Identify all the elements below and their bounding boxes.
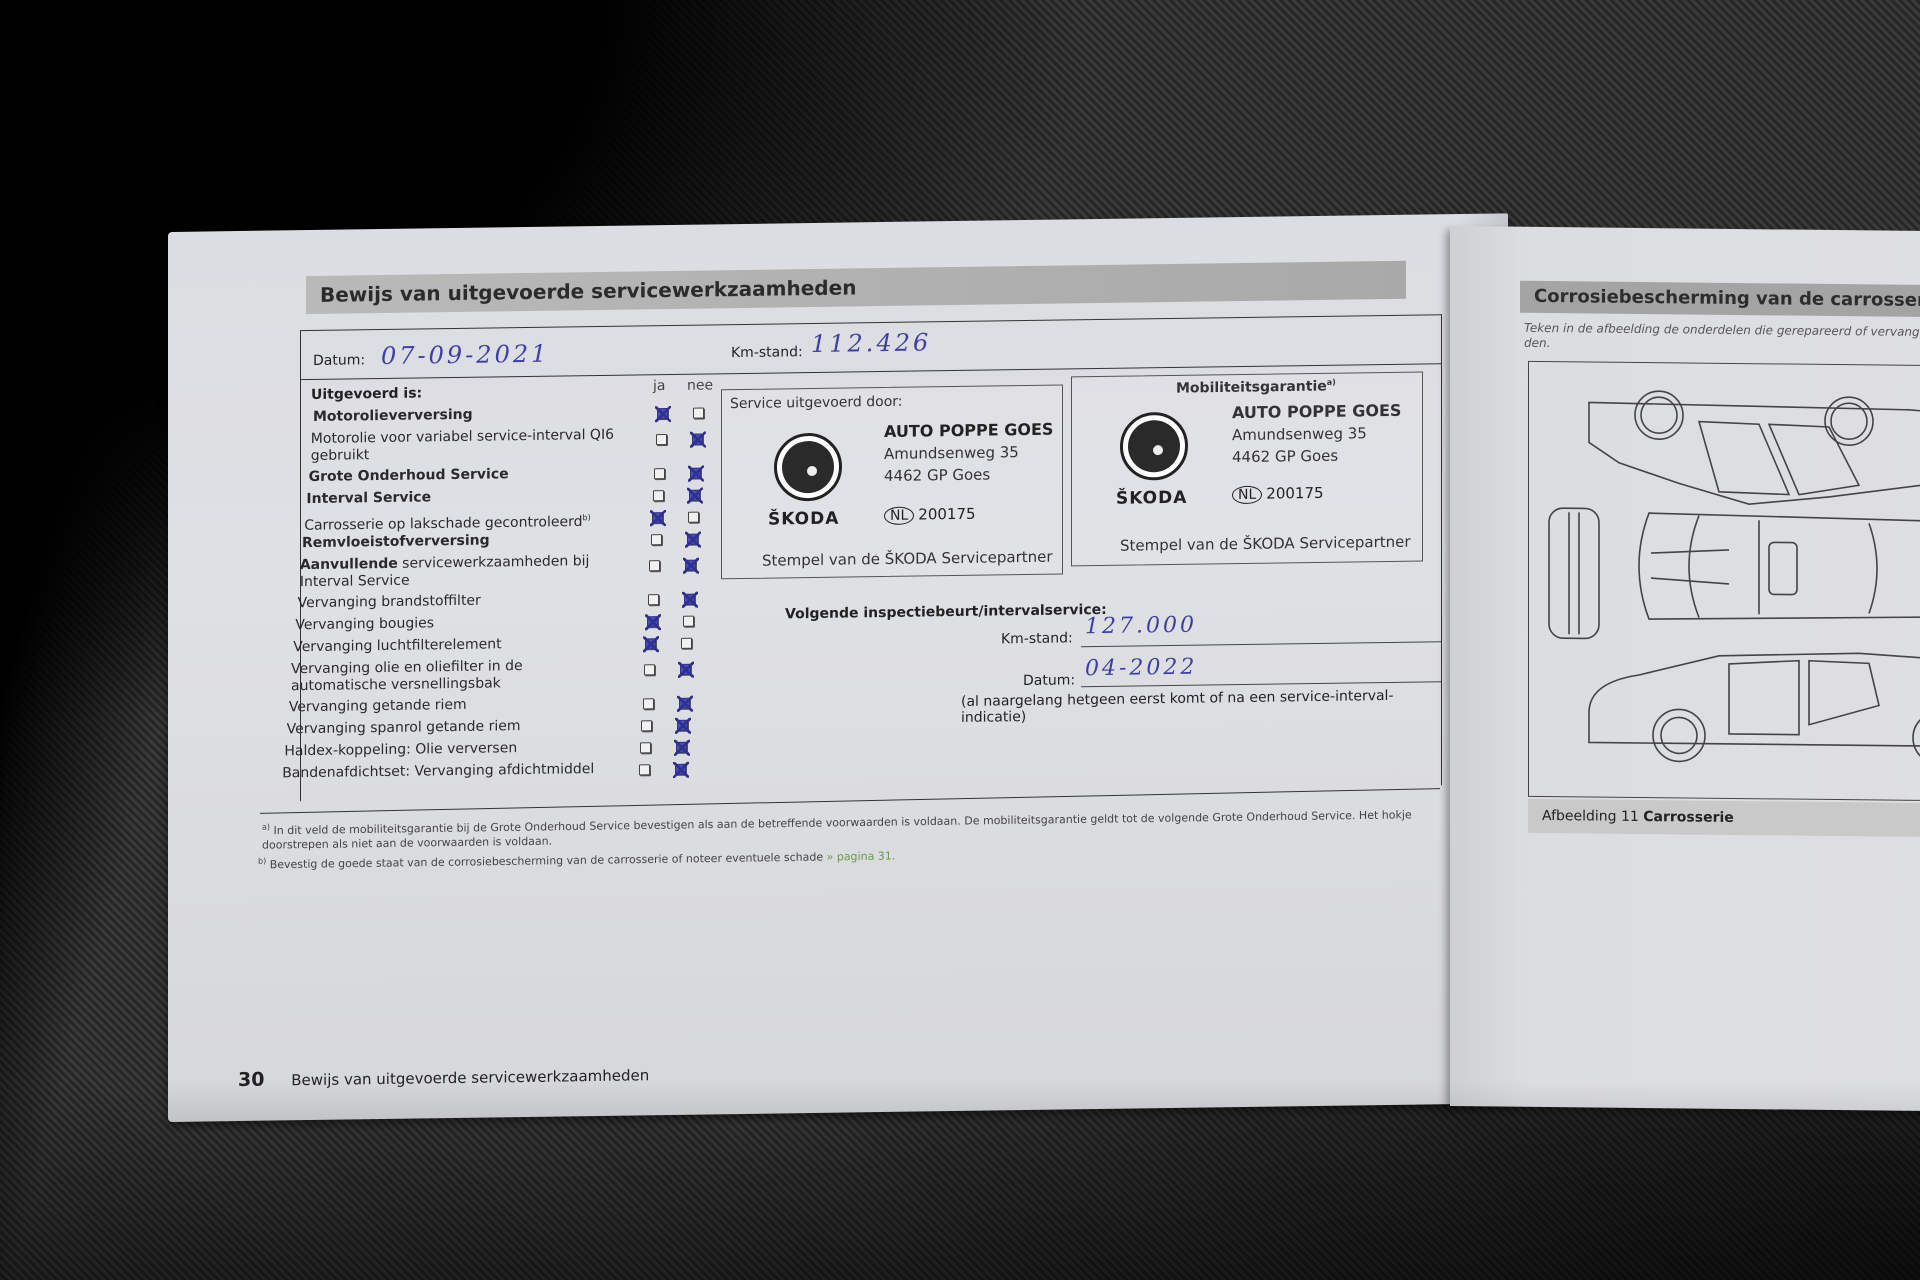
task-label: Vervanging luchtfilterelement xyxy=(293,635,623,657)
skoda-logo-icon xyxy=(774,433,842,502)
right-section-title: Corrosiebescherming van de carrosserie c… xyxy=(1520,281,1920,318)
checkbox-ja[interactable] xyxy=(640,742,651,753)
checkbox-ja[interactable] xyxy=(657,408,668,419)
country-badge: NL xyxy=(1232,486,1262,504)
dealer-address-1: Amundsenweg 35 xyxy=(1232,423,1367,445)
checkbox-ja[interactable] xyxy=(643,698,654,709)
checkbox-nee[interactable] xyxy=(675,764,686,775)
stamp-caption: Service uitgevoerd door: xyxy=(730,394,903,412)
dealer-name: AUTO POPPE GOES xyxy=(884,420,1053,441)
task-label: Interval Service xyxy=(306,486,636,508)
next-km-line xyxy=(1081,641,1441,647)
checkbox-nee[interactable] xyxy=(679,698,690,709)
task-label: Motorolieverversing xyxy=(313,404,643,426)
section-title: Bewijs van uitgevoerde servicewerkzaamhe… xyxy=(306,261,1406,314)
footnote-marker: a) xyxy=(262,823,270,832)
skoda-brand: ŠKODA xyxy=(768,509,839,530)
next-service-title: Volgende inspectiebeurt/intervalservice: xyxy=(785,602,1107,622)
checkbox-ja[interactable] xyxy=(645,638,656,649)
skoda-brand: ŠKODA xyxy=(1116,488,1187,509)
service-stamp: Service uitgevoerd door: AUTO POPPE GOES… xyxy=(721,385,1063,580)
checkbox-nee[interactable] xyxy=(687,534,698,545)
mobility-caption-text: Mobiliteitsgarantie xyxy=(1176,378,1327,396)
checkbox-nee[interactable] xyxy=(676,742,687,753)
task-label: Bandenafdichtset: Vervanging afdichtmidd… xyxy=(282,761,612,783)
figure-caption: Afbeelding 11 Carrosserie xyxy=(1528,799,1920,838)
mobility-caption-sup: a) xyxy=(1327,378,1336,387)
footnote-marker: b) xyxy=(258,857,266,866)
car-diagram-icon xyxy=(1529,362,1920,801)
dealer-address-1: Amundsenweg 35 xyxy=(884,442,1019,464)
left-page: Bewijs van uitgevoerde servicewerkzaamhe… xyxy=(168,213,1508,1122)
checkbox-nee[interactable] xyxy=(677,720,688,731)
next-datum-line xyxy=(1081,681,1441,687)
next-datum-value[interactable]: 04-2022 xyxy=(1085,655,1197,682)
checkbox-nee[interactable] xyxy=(681,638,692,649)
stamp-footer: Stempel van de ŠKODA Servicepartner xyxy=(762,548,1053,570)
checkbox-ja[interactable] xyxy=(653,490,664,501)
dealer-name: AUTO POPPE GOES xyxy=(1232,401,1401,422)
right-page: Corrosiebescherming van de carrosserie c… xyxy=(1450,226,1920,1111)
dealer-number-value: 200175 xyxy=(1266,484,1323,503)
checkbox-ja[interactable] xyxy=(652,512,663,523)
km-value[interactable]: 112.426 xyxy=(811,328,931,358)
checkbox-ja[interactable] xyxy=(647,616,658,627)
checkbox-ja[interactable] xyxy=(639,764,650,775)
checklist-header: Uitgevoerd is: xyxy=(311,385,422,403)
checkbox-ja[interactable] xyxy=(644,664,655,675)
task-label: Vervanging bougies xyxy=(295,613,625,635)
dealer-address-2: 4462 GP Goes xyxy=(884,465,990,486)
col-ja: ja xyxy=(653,378,665,394)
next-km-value[interactable]: 127.000 xyxy=(1085,613,1197,640)
col-nee: nee xyxy=(687,377,713,393)
task-label: Vervanging brandstoffilter xyxy=(298,591,628,613)
task-label: Aanvullende servicewerkzaamheden bij Int… xyxy=(300,553,630,592)
figure-title: Carrosserie xyxy=(1643,809,1734,826)
dealer-number-value: 200175 xyxy=(918,505,975,524)
checkbox-nee[interactable] xyxy=(689,490,700,501)
dealer-number: NL200175 xyxy=(884,505,976,525)
task-label: Vervanging spanrol getande riem xyxy=(287,717,617,739)
next-service-note: (al naargelang hetgeen eerst komt of na … xyxy=(961,687,1441,726)
mobility-caption: Mobiliteitsgarantiea) xyxy=(1176,378,1336,397)
dealer-address-2: 4462 GP Goes xyxy=(1232,446,1338,467)
checkbox-nee[interactable] xyxy=(688,512,699,523)
datum-label: Datum: xyxy=(313,352,365,369)
skoda-logo-icon xyxy=(1120,412,1188,481)
checkbox-ja[interactable] xyxy=(641,720,652,731)
car-body-figure xyxy=(1528,361,1920,802)
task-label: Remvloeistofverversing xyxy=(302,531,632,553)
checkbox-nee[interactable] xyxy=(685,560,696,571)
next-datum-label: Datum: xyxy=(1023,672,1075,689)
task-label: Grote Onderhoud Service xyxy=(309,464,639,486)
page-link[interactable]: » pagina 31. xyxy=(827,850,896,864)
footnote-text: Bevestig de goede staat van de corrosieb… xyxy=(270,850,827,871)
task-label: Vervanging getande riem xyxy=(289,695,619,717)
right-intro: Teken in de afbeelding de onderdelen die… xyxy=(1524,321,1920,356)
checkbox-nee[interactable] xyxy=(680,664,691,675)
form-header-row: Datum: 07-09-2021 Km-stand: 112.426 xyxy=(301,315,1441,380)
bottom-shadow xyxy=(0,1080,1920,1280)
checkbox-ja[interactable] xyxy=(649,560,660,571)
checkbox-ja[interactable] xyxy=(648,594,659,605)
checkbox-nee[interactable] xyxy=(690,468,701,479)
country-badge: NL xyxy=(884,507,914,525)
task-label: Haldex-koppeling: Olie verversen xyxy=(284,739,614,761)
checkbox-ja[interactable] xyxy=(651,534,662,545)
checkbox-nee[interactable] xyxy=(693,408,704,419)
checkbox-nee[interactable] xyxy=(683,616,694,627)
checkbox-nee[interactable] xyxy=(684,594,695,605)
checkbox-ja[interactable] xyxy=(654,468,665,479)
next-km-label: Km-stand: xyxy=(1001,630,1073,647)
task-label: Motorolie voor variabel service-interval… xyxy=(311,426,641,465)
datum-value[interactable]: 07-09-2021 xyxy=(381,340,549,370)
task-label: Vervanging olie en oliefilter in de auto… xyxy=(291,657,621,696)
km-label: Km-stand: xyxy=(731,344,803,361)
service-form: Datum: 07-09-2021 Km-stand: 112.426 Uitg… xyxy=(300,314,1442,801)
figure-number: Afbeelding 11 xyxy=(1542,808,1639,825)
dealer-number: NL200175 xyxy=(1232,484,1324,504)
checkbox-nee[interactable] xyxy=(692,434,703,445)
checkbox-ja[interactable] xyxy=(656,434,667,445)
stamp-footer: Stempel van de ŠKODA Servicepartner xyxy=(1120,533,1411,555)
mobility-stamp: Mobiliteitsgarantiea) AUTO POPPE GOES Am… xyxy=(1071,371,1423,566)
